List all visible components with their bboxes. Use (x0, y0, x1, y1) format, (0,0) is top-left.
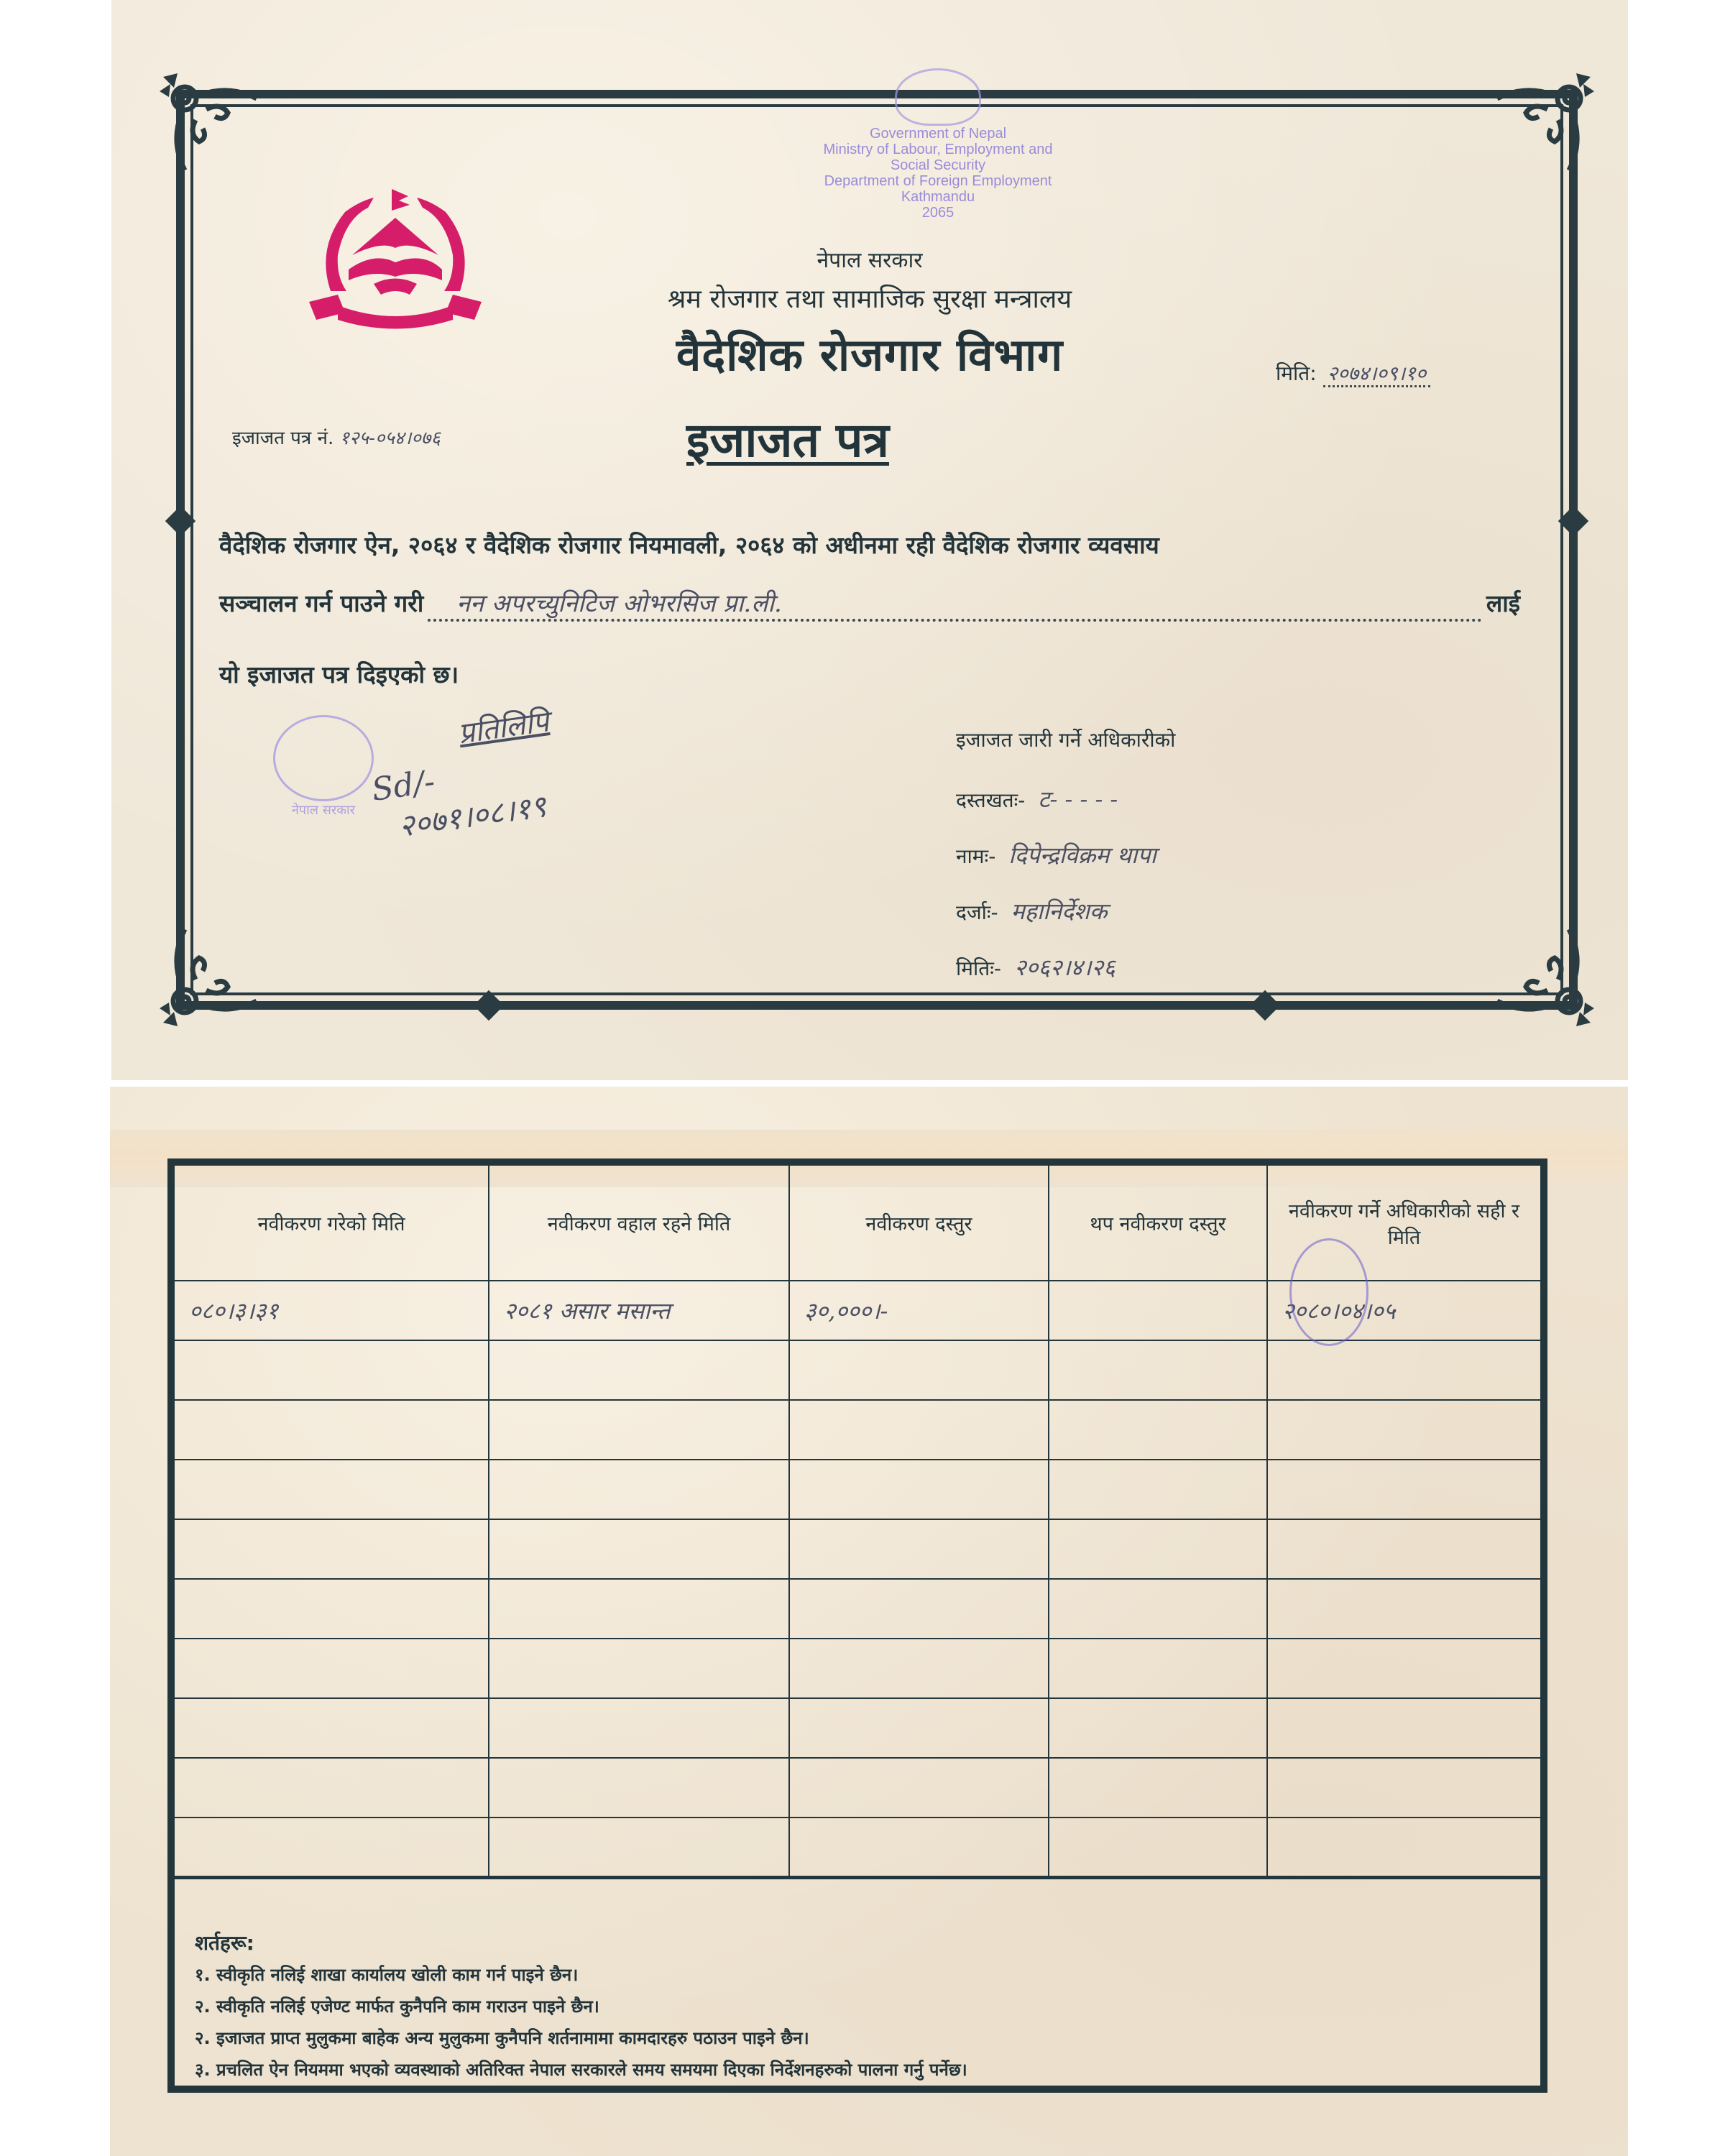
licensee-prefix: सञ्चालन गर्न पाउने गरी (219, 586, 423, 619)
rank-label: दर्जाः- (956, 898, 998, 926)
cell-renewed-date: ०८०।३।३१ (175, 1281, 489, 1340)
cell-officer-signature: २०८०।०४।०५ (1267, 1281, 1540, 1340)
table-row (175, 1698, 1540, 1758)
corner-ornament-icon (1490, 922, 1598, 1030)
stamp-line: Department of Foreign Employment (823, 173, 1053, 189)
condition-item: २. इजाजत प्राप्त मुलुकमा बाहेक अन्य मुलु… (195, 2022, 967, 2054)
condition-item: २. स्वीकृति नलिई एजेण्ट मार्फत कुनैपनि क… (195, 1991, 967, 2022)
table-row (175, 1579, 1540, 1639)
permit-number-value: १२५-०५४।०७६ (340, 428, 441, 449)
department-stamp: Government of Nepal Ministry of Labour, … (823, 68, 1053, 234)
renewal-record-page: नवीकरण गरेको मिति नवीकरण वहाल रहने मिति … (110, 1087, 1628, 2156)
stamp-seal-icon (895, 68, 981, 126)
issue-date-label: मिति: (1276, 361, 1317, 385)
col-renewal-fee: नवीकरण दस्तुर (789, 1166, 1049, 1281)
corner-ornament-icon (156, 70, 264, 178)
permit-number-label: इजाजत पत्र नं. (232, 428, 333, 449)
renewal-stamp-icon (1289, 1238, 1368, 1346)
licensee-suffix: लाई (1486, 586, 1520, 619)
license-body-line-3: यो इजाजत पत्र दिइएको छ। (219, 658, 1520, 690)
cell-valid-until: २०८१ असार मसान्त (489, 1281, 789, 1340)
table-row (175, 1758, 1540, 1818)
renewal-table-frame: नवीकरण गरेको मिति नवीकरण वहाल रहने मिति … (167, 1158, 1547, 2093)
copy-annotation-title: प्रतिलिपि (456, 705, 551, 750)
name-label: नामः- (956, 842, 995, 870)
stamp-line: Government of Nepal (823, 126, 1053, 142)
rank-value: महानिर्देशक (1011, 895, 1108, 926)
col-additional-fee: थप नवीकरण दस्तुर (1049, 1166, 1267, 1281)
signature-label: दस्तखतः- (956, 786, 1025, 814)
col-renewed-date: नवीकरण गरेको मिति (175, 1166, 489, 1281)
table-row (175, 1340, 1540, 1400)
conditions-title: शर्तहरू: (195, 1927, 967, 1959)
conditions-section: शर्तहरू: १. स्वीकृति नलिई शाखा कार्यालय … (195, 1927, 967, 2086)
license-body-line-2: सञ्चालन गर्न पाउने गरी नन अपरच्युनिटिज ओ… (219, 586, 1520, 622)
corner-ornament-icon (1490, 70, 1598, 178)
table-row: ०८०।३।३१ २०८१ असार मसान्त ३०,०००।- २०८०।… (175, 1281, 1540, 1340)
corner-ornament-icon (156, 922, 264, 1030)
col-valid-until: नवीकरण वहाल रहने मिति (489, 1166, 789, 1281)
ministry-name: श्रम रोजगार तथा सामाजिक सुरक्षा मन्त्राल… (111, 280, 1628, 315)
condition-item: १. स्वीकृति नलिई शाखा कार्यालय खोली काम … (195, 1959, 967, 1991)
stamp-line: Kathmandu (823, 189, 1053, 205)
officer-heading: इजाजत जारी गर्ने अधिकारीको (956, 726, 1175, 753)
table-row (175, 1400, 1540, 1460)
table-row (175, 1460, 1540, 1519)
name-value: दिपेन्द्रविक्रम थापा (1008, 839, 1156, 870)
officer-date-value: २०६२।४।२६ (1014, 952, 1115, 982)
signature-value: ट- - - - - (1038, 783, 1118, 814)
permit-number: इजाजत पत्र नं. १२५-०५४।०७६ (232, 424, 441, 450)
officer-date-label: मितिः- (956, 954, 1001, 982)
issue-date: मिति: २०७४।०९।१० (1276, 359, 1430, 387)
stamp-line: 2065 (823, 205, 1053, 221)
issue-date-value: २०७४।०९।१० (1323, 361, 1431, 387)
issuing-officer-block: इजाजत जारी गर्ने अधिकारीको दस्तखतः- ट- -… (956, 726, 1175, 1008)
cell-additional-fee (1049, 1281, 1267, 1340)
stamp-seal-icon (273, 715, 374, 801)
cell-renewal-fee: ३०,०००।- (789, 1281, 1049, 1340)
table-row (175, 1519, 1540, 1579)
stamp-line: Ministry of Labour, Employment and Socia… (823, 142, 1053, 173)
table-row (175, 1818, 1540, 1877)
renewal-table: नवीकरण गरेको मिति नवीकरण वहाल रहने मिति … (175, 1166, 1540, 1879)
license-body-line-1: वैदेशिक रोजगार ऐन, २०६४ र वैदेशिक रोजगार… (219, 528, 1520, 561)
licensee-name: नन अपरच्युनिटिज ओभरसिज प्रा.ली. (428, 586, 1482, 622)
table-row (175, 1639, 1540, 1698)
license-certificate-page: Government of Nepal Ministry of Labour, … (111, 0, 1628, 1080)
copy-annotation: प्रतिलिपि Sd/- २०७१।०८।१९ (363, 700, 563, 849)
government-name: नेपाल सरकार (111, 244, 1628, 274)
condition-item: ३. प्रचलित ऐन नियममा भएको व्यवस्थाको अति… (195, 2054, 967, 2086)
page-title: इजाजत पत्र (686, 406, 889, 471)
